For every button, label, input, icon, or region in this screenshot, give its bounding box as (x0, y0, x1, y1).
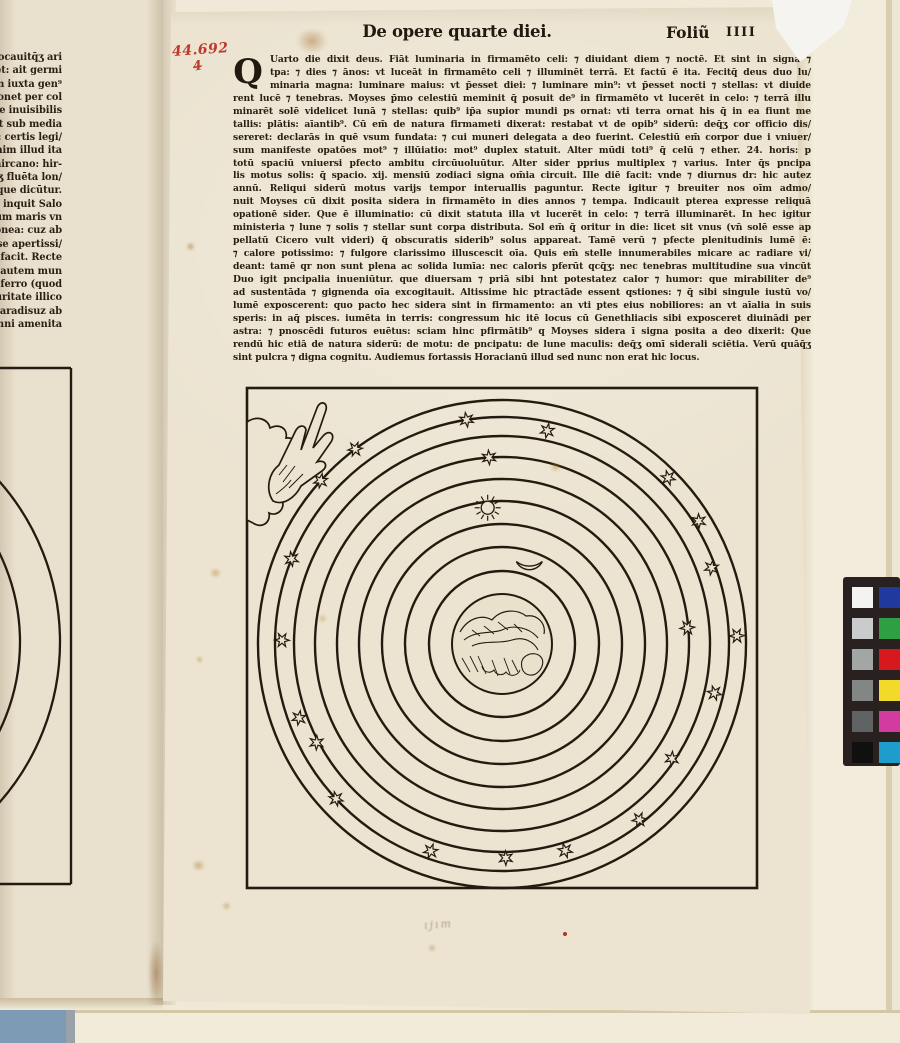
star-icon (292, 711, 306, 725)
color-patch (879, 587, 900, 608)
facing-page-text-fragment: t inquit Salo (0, 198, 62, 211)
stain (186, 242, 195, 251)
color-patch (879, 680, 900, 701)
facing-page-text-fragment: oyse apertissi/ (0, 238, 62, 251)
facing-page-text-fragment: cum maris vn (0, 211, 62, 224)
page-title: De opere quarte diei. (344, 22, 570, 41)
facing-page-text-fragment: vocauitq̄ʒ ari (0, 51, 62, 64)
body-text-line: speris: in aq̄ pisces. iumēta in terris:… (233, 313, 811, 326)
page-stack-outer (892, 0, 900, 1043)
stain (210, 568, 221, 578)
body-text-line: minarēt solē videlicet lunā ⁊ stellas: q… (233, 106, 811, 119)
cosmos-woodcut (243, 382, 758, 892)
facing-page-text-fragment: enim illud ita (0, 144, 62, 157)
body-text-line: Duo igit pncipalia inueniūtur. que diuer… (233, 274, 811, 287)
facing-page-text-fragment: m iuxta gen⁹ (0, 78, 62, 91)
backing-board-edge (66, 1010, 75, 1043)
stain (222, 902, 231, 910)
crescent-moon-icon (516, 562, 542, 570)
body-text-line: annū. Reliqui siderū motus varijs tempor… (233, 183, 811, 196)
body-text-line: tallis: plātis: aīantib⁹. Cū em̄ de natu… (233, 119, 811, 132)
facing-page-text-fragment: est sub media (0, 118, 62, 131)
facing-page-text-fragment: e paradisuz ab (0, 305, 62, 318)
facing-page-text-fragment: turitate illico (0, 291, 62, 304)
stain (318, 614, 327, 623)
body-text-line: lis motus solis: q̄ spacio. xij. mensiū … (233, 170, 811, 183)
stain (192, 860, 205, 871)
body-text-line: ⁊ calore potissimo: ⁊ fulgore clarissimo… (233, 248, 811, 261)
star-icon (730, 629, 745, 642)
body-text-line: deant: tamē qr non sunt plena ac solida … (233, 261, 811, 274)
book-scan: vocauitq̄ʒ ariset: ait germim iuxta gen⁹… (0, 0, 900, 1043)
body-text-line: minaria magna: luminare maius: vt p̄esse… (233, 80, 811, 93)
body-text-line: lumē exposcerent: quo pacto hec sidera s… (233, 300, 811, 313)
star-icon (540, 424, 554, 438)
grayscale-patch (852, 711, 873, 732)
backing-board (0, 1006, 68, 1043)
sun-icon (475, 495, 501, 521)
color-calibration-target (843, 577, 900, 766)
body-text-line: sum manifeste opatōes mot⁹ ⁊ illūiatio: … (233, 145, 811, 158)
color-patch (879, 649, 900, 670)
body-text-line: sereret: declarās in quē vsum fundata: ⁊… (233, 132, 811, 145)
faint-pencil-scribble: ıјım (424, 917, 454, 932)
body-text-line: nuit Moyses cū dixit posita sidera in fi… (233, 196, 811, 209)
body-text-line: pellatū Cicero vult videri) q̄ obscurati… (233, 235, 811, 248)
star-icon (558, 844, 572, 858)
red-ink-speck (563, 932, 567, 936)
facing-page-text-fragment: ts: certis legi/ (0, 131, 62, 144)
body-text-line: rendū hic etiā de natura siderū: de motu… (233, 339, 811, 352)
facing-page-text-fragment: monet per col (0, 91, 62, 104)
body-text-line: astra: ⁊ pnoscēdi futuros euētus: sciam … (233, 326, 811, 339)
color-patch (879, 711, 900, 732)
star-icon (707, 686, 721, 700)
earth-globe (452, 594, 552, 694)
facing-page-text-fragment: m facit. Recte (0, 251, 62, 264)
body-text-line: ad sustentāda ⁊ gignenda oīa excogitauit… (233, 287, 811, 300)
facing-page-text-fragment: aque dicūtur. (0, 184, 62, 197)
body-text-line: rent lucē ⁊ tenebras. Moyses p̄mo celest… (233, 93, 811, 106)
grayscale-patch (852, 680, 873, 701)
gutter-stain (148, 940, 164, 1006)
grayscale-patch (852, 742, 873, 763)
color-patch (879, 742, 900, 763)
stain (786, 204, 793, 211)
facing-page-text-fragment: hircano: hir- (0, 158, 62, 171)
stain (296, 28, 328, 54)
body-text-block: Uarto die dixit deus. Fiāt luminaria in … (233, 54, 811, 365)
grayscale-patch (852, 587, 873, 608)
body-text-line: tpa: ⁊ dies ⁊ ānos: vt luceāt in firmamē… (233, 67, 811, 80)
stain (550, 462, 561, 472)
folio-label: Foliũ (666, 23, 710, 42)
stain (428, 944, 436, 952)
facing-page-text-fragment: nq̄ʒ fluēta lon/ (0, 171, 62, 184)
facing-page-text-fragment: omni amenita (0, 318, 62, 331)
facing-page-text-fragment: set: ait germi (0, 64, 62, 77)
facing-page-text-fragment: ue inuisibilis (0, 104, 62, 117)
facing-page-woodcut-partial (0, 360, 163, 890)
underlying-pages-bottom (60, 1010, 900, 1043)
facing-page-text-fragment: o: ferro (quod (0, 278, 62, 291)
grayscale-patch (852, 649, 873, 670)
stain (196, 656, 203, 663)
facing-page-text-column: vocauitq̄ʒ ariset: ait germim iuxta gen⁹… (0, 51, 62, 341)
facing-page-bottom-edge (0, 998, 163, 1010)
star-icon (275, 634, 290, 647)
body-text-line: opationē sider. Que ē illuminatio: cū di… (233, 209, 811, 222)
body-text-line: ministeria ⁊ lune ⁊ solis ⁊ stellar sunt… (233, 222, 811, 235)
grayscale-patch (852, 618, 873, 639)
body-text-line: totū spaciū vniuersi pfecto ambitu circū… (233, 158, 811, 171)
star-icon (661, 471, 675, 485)
star-icon (424, 844, 438, 858)
color-patch (879, 618, 900, 639)
body-text-line: sint pulcra ⁊ digna cognitu. Audiemus fo… (233, 352, 811, 365)
folio-number: IIII (726, 25, 756, 40)
facing-page-text-fragment: donea: cuz ab (0, 224, 62, 237)
body-text-line: Uarto die dixit deus. Fiāt luminaria in … (233, 54, 811, 67)
star-icon (285, 552, 299, 567)
facing-page-text-fragment: io autem mun (0, 265, 62, 278)
